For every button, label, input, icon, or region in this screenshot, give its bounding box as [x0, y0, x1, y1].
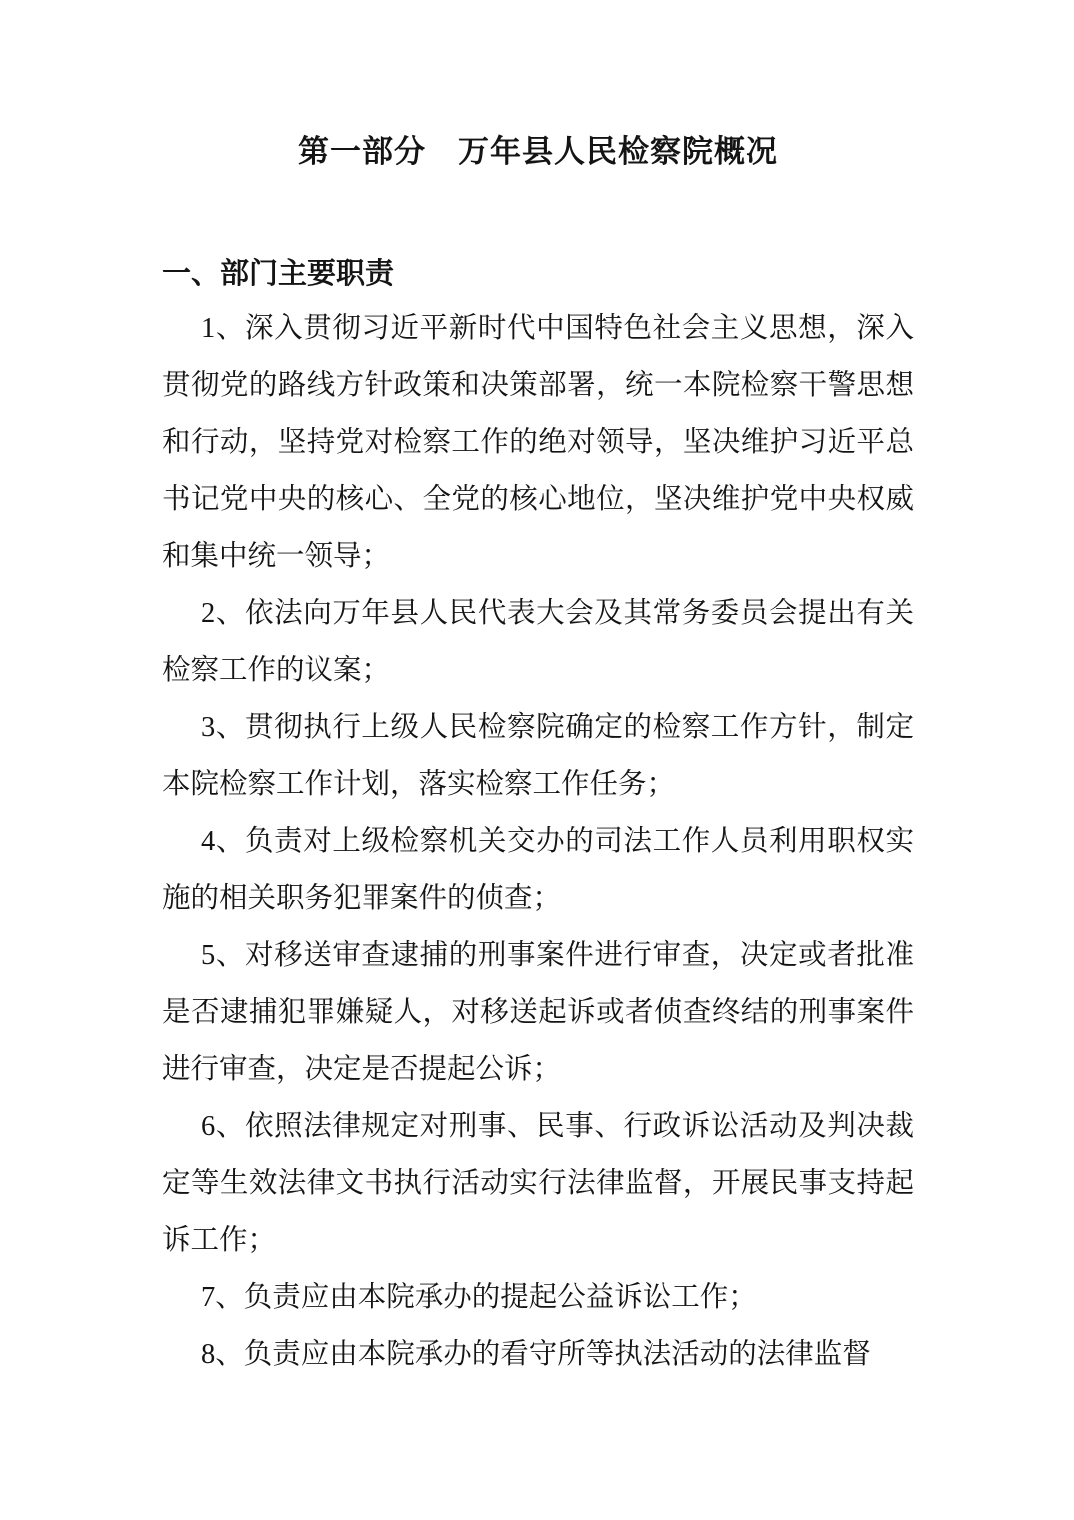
paragraph-8: 8、负责应由本院承办的看守所等执法活动的法律监督: [162, 1326, 914, 1383]
document-page: 第一部分 万年县人民检察院概况 一、部门主要职责 1、深入贯彻习近平新时代中国特…: [0, 0, 1074, 1520]
page-title: 第一部分 万年县人民检察院概况: [162, 128, 914, 176]
section-heading: 一、部门主要职责: [162, 254, 914, 294]
document-body: 1、深入贯彻习近平新时代中国特色社会主义思想，深入贯彻党的路线方针政策和决策部署…: [162, 300, 914, 1383]
paragraph-2: 2、依法向万年县人民代表大会及其常务委员会提出有关检察工作的议案；: [162, 585, 914, 699]
paragraph-5: 5、对移送审查逮捕的刑事案件进行审查，决定或者批准是否逮捕犯罪嫌疑人，对移送起诉…: [162, 927, 914, 1098]
paragraph-4: 4、负责对上级检察机关交办的司法工作人员利用职权实施的相关职务犯罪案件的侦查；: [162, 813, 914, 927]
paragraph-1: 1、深入贯彻习近平新时代中国特色社会主义思想，深入贯彻党的路线方针政策和决策部署…: [162, 300, 914, 585]
paragraph-7: 7、负责应由本院承办的提起公益诉讼工作；: [162, 1269, 914, 1326]
paragraph-6: 6、依照法律规定对刑事、民事、行政诉讼活动及判决裁定等生效法律文书执行活动实行法…: [162, 1098, 914, 1269]
paragraph-3: 3、贯彻执行上级人民检察院确定的检察工作方针，制定本院检察工作计划，落实检察工作…: [162, 699, 914, 813]
